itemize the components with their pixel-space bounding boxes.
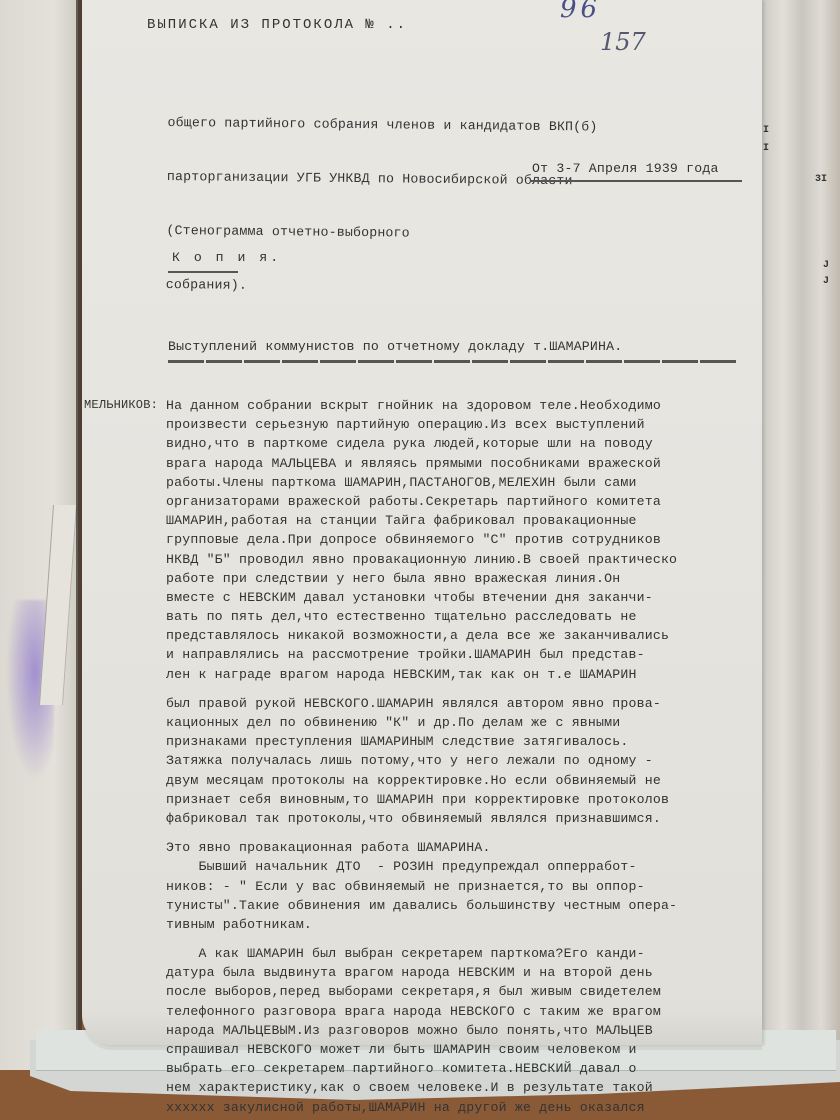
header-line: собрания). <box>166 276 596 299</box>
body-line: видно,что в парткоме сидела рука людей,к… <box>166 434 677 453</box>
body-line: Бывший начальник ДТО - РОЗИН предупрежда… <box>166 857 677 876</box>
body-line: организаторами вражеской работы.Секретар… <box>166 492 677 511</box>
body-line: нем характеристику,как о своем человеке.… <box>166 1078 677 1097</box>
paragraph-gap <box>166 684 677 694</box>
body-line: вать по пять дел,что естественно тщатель… <box>166 607 677 626</box>
body-line: признаками преступления ШАМАРИНЫМ следст… <box>166 732 677 751</box>
edge-mark: J <box>823 276 829 287</box>
header-line: (Стенограмма отчетно-выборного <box>166 222 596 245</box>
edge-mark: I <box>763 125 769 136</box>
edge-mark: I <box>763 143 769 154</box>
body-line: произвести серьезную партийную операцию.… <box>166 415 677 434</box>
body-line: был правой рукой НЕВСКОГО.ШАМАРИН являлс… <box>166 694 677 713</box>
handwritten-sheet-number: 157 <box>600 28 646 56</box>
body-line: Затяжка получалась лишь потому,что у нег… <box>166 751 677 770</box>
section-underline <box>168 360 738 363</box>
body-line: народа МАЛЬЦЕВЫМ.Из разговоров можно был… <box>166 1021 677 1040</box>
body-line: ШАМАРИН,работая на станции Тайга фабрико… <box>166 511 677 530</box>
body-line: лен к награде врагом народа НЕВСКИМ,так … <box>166 665 677 684</box>
body-line: признает себя виновным,то ШАМАРИН при ко… <box>166 790 677 809</box>
body-line: представлялось никакой возможности,а дел… <box>166 626 677 645</box>
body-line: работе при следствии у него была явно вр… <box>166 569 677 588</box>
body-line: врага народа МАЛЬЦЕВА и являясь прямыми … <box>166 454 677 473</box>
copy-underline <box>168 271 238 273</box>
section-title: Выступлений коммунистов по отчетному док… <box>168 337 622 356</box>
document-header: общего партийного собрания членов и канд… <box>166 78 598 316</box>
body-line: кационных дел по обвинению "К" и др.По д… <box>166 713 677 732</box>
body-line: тивным работникам. <box>166 915 677 934</box>
body-line: спрашивал НЕВСКОГО может ли быть ШАМАРИН… <box>166 1040 677 1059</box>
document-title: ВЫПИСКА ИЗ ПРОТОКОЛА № .. <box>147 16 407 35</box>
speech-body: На данном собрании вскрыт гнойник на здо… <box>166 396 677 1117</box>
handwritten-archive-number: 96 <box>560 0 601 24</box>
body-line: датура была выдвинута врагом народа НЕВС… <box>166 963 677 982</box>
body-line: и направлялись на рассмотрение тройки.ША… <box>166 645 677 664</box>
body-line: после выборов,перед выборами секретаря,я… <box>166 982 677 1001</box>
body-line: А как ШАМАРИН был выбран секретарем парт… <box>166 944 677 963</box>
body-line: На данном собрании вскрыт гнойник на здо… <box>166 396 677 415</box>
body-line: телефонного разговора врага народа НЕВСК… <box>166 1002 677 1021</box>
edge-mark: J <box>823 260 829 271</box>
header-line: общего партийного собрания членов и канд… <box>167 114 597 137</box>
document-date: От 3-7 Апреля 1939 года <box>532 159 719 178</box>
body-line: выбрать его секретарем партийного комите… <box>166 1059 677 1078</box>
date-underline <box>530 180 742 182</box>
paragraph-gap <box>166 934 677 944</box>
paragraph-gap <box>166 828 677 838</box>
body-line: групповые дела.При допросе обвиняемого "… <box>166 530 677 549</box>
body-line: фабриковал так протоколы,что обвиняемый … <box>166 809 677 828</box>
body-line: НКВД "Б" проводил явно провакационную ли… <box>166 550 677 569</box>
body-line: Это явно провакационная работа ШАМАРИНА. <box>166 838 677 857</box>
body-line: тунисты".Такие обвинения им давались бол… <box>166 896 677 915</box>
body-line: работы.Члены парткома ШАМАРИН,ПАСТАНОГОВ… <box>166 473 677 492</box>
speaker-name: МЕЛЬНИКОВ: <box>84 396 158 415</box>
edge-mark: 3I <box>815 174 827 185</box>
body-line: двум месяцам протоколы на корректировке.… <box>166 771 677 790</box>
body-line: вместе с НЕВСКИМ давал установки чтобы в… <box>166 588 677 607</box>
body-line: хххххх закулисной работы,ШАМАРИН на друг… <box>166 1098 677 1117</box>
body-line: ников: - " Если у вас обвиняемый не приз… <box>166 877 677 896</box>
copy-label: К о п и я. <box>172 248 281 267</box>
